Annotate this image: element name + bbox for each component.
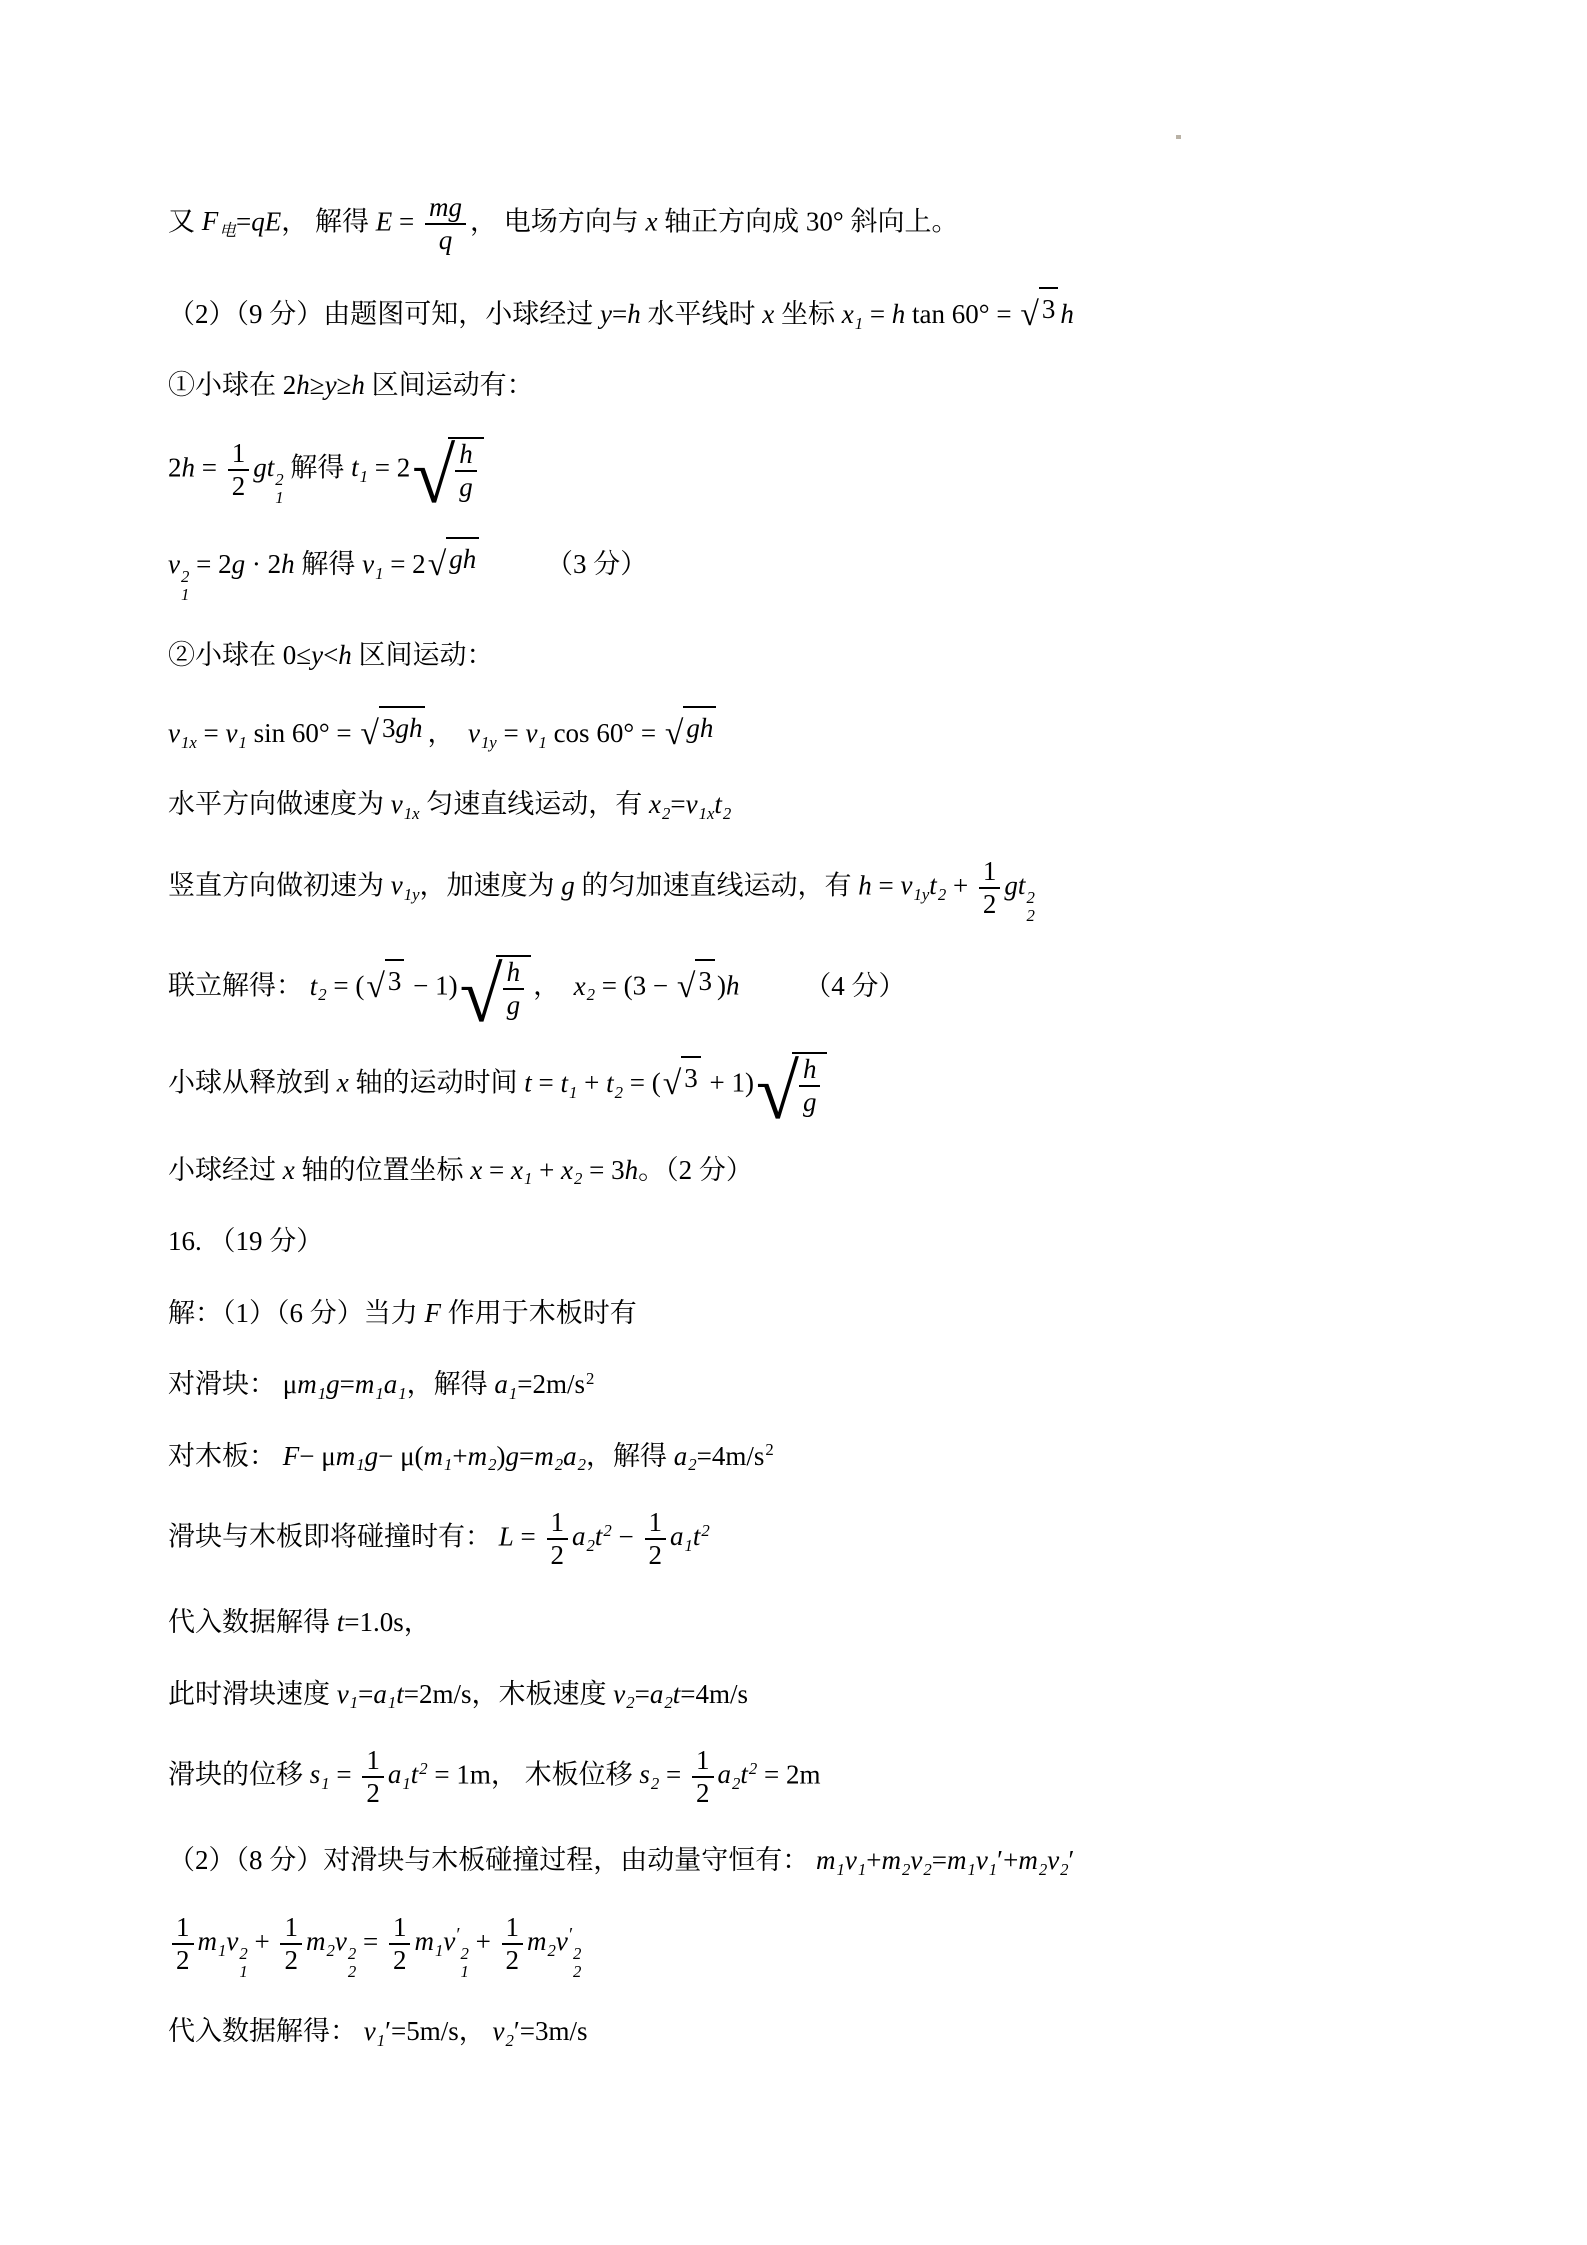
math-var: x	[645, 206, 657, 236]
text-run: =2m/s	[517, 1369, 585, 1399]
math-var: v′21	[443, 1926, 469, 1956]
text-run: +	[946, 870, 975, 900]
text-run: 1	[649, 1507, 663, 1537]
radical: √gh	[665, 706, 717, 749]
radical-sign: √	[663, 1067, 682, 1101]
text-run: =2m/s，木板速度	[404, 1679, 614, 1709]
math-var: h	[726, 971, 740, 1001]
radical: √3	[677, 959, 715, 1002]
fraction-numerator: 1	[362, 1745, 384, 1778]
superscript: 2	[1026, 889, 1034, 907]
text-run: +	[532, 1155, 561, 1185]
line-final-position: 小球经过 x 轴的位置坐标 x = x1 + x2 = 3h。（2 分）	[168, 1150, 1448, 1191]
subscript: 2	[506, 2031, 514, 2050]
text-run: − 1)	[406, 971, 457, 1001]
fraction-denominator: 2	[979, 889, 1001, 920]
text-run: 水平线时	[641, 299, 763, 329]
math-var: m2	[1018, 1845, 1047, 1875]
math-var: x1	[511, 1155, 532, 1185]
math-var: g	[326, 1369, 340, 1399]
line-displacements: 滑块的位移 s1 = 12a1t2 = 1m， 木板位移 s2 = 12a2t2…	[168, 1745, 1448, 1809]
math-var: h	[627, 299, 641, 329]
radical-sign: √	[1020, 298, 1039, 332]
math-var: s2	[639, 1759, 659, 1789]
text-run: +	[577, 1068, 606, 1098]
fraction-denominator: g	[455, 472, 477, 503]
math-var: v1y	[901, 870, 930, 900]
text-run: 。（2 分）	[638, 1155, 753, 1185]
text-run: =1.0s，	[344, 1607, 430, 1637]
subscript: 2	[688, 1455, 696, 1474]
text-run: =	[932, 1845, 947, 1875]
fraction-numerator: h	[799, 1054, 821, 1087]
fraction: hg	[455, 439, 477, 503]
subscript: 1	[318, 1384, 326, 1403]
line-region2-intro: ②小球在 0≤y<h 区间运动：	[168, 635, 1448, 676]
subscript: 1	[181, 586, 189, 604]
math-var: t2	[411, 1759, 428, 1789]
subscript: 2	[615, 1083, 623, 1102]
math-var: m2	[881, 1845, 910, 1875]
text-run: 对滑块：	[168, 1369, 283, 1399]
math-var: g	[506, 1441, 520, 1471]
math-var: y	[600, 299, 612, 329]
fraction-denominator: 2	[645, 1540, 667, 1571]
math-var: x2	[574, 971, 595, 1001]
line-energy-conservation: 12m1v21 + 12m2v22 = 12m1v′21 + 12m2v′22	[168, 1912, 1448, 1981]
fraction-numerator: 1	[979, 856, 1001, 889]
subscript: 1	[350, 1693, 358, 1712]
text-run: =	[197, 718, 226, 748]
math-var: x2	[649, 789, 670, 819]
subscript: 2	[348, 1963, 356, 1981]
math-var: x	[470, 1155, 482, 1185]
text-run: （2）（9 分）由题图可知，小球经过	[168, 299, 600, 329]
line-eq-t1: 2h = 12gt21 解得 t1 = 2√hg	[168, 437, 1448, 507]
math-var: m2	[468, 1441, 497, 1471]
stray-mark	[1176, 135, 1181, 139]
math-var: m1	[355, 1369, 384, 1399]
math-var: v1	[226, 718, 247, 748]
text-run: )	[717, 971, 726, 1001]
text-run: ′	[1069, 1845, 1075, 1875]
math-var: x	[337, 1068, 349, 1098]
radical: √3gh	[360, 706, 425, 749]
math-var: h	[892, 299, 906, 329]
text-run: 小球经过	[168, 1155, 283, 1185]
math-var: E	[376, 206, 393, 236]
subscript: 2	[573, 1963, 581, 1981]
math-var: h	[459, 439, 473, 469]
text-run: ， 解得	[281, 206, 376, 236]
math-var: g	[1004, 870, 1018, 900]
math-var: t2	[929, 870, 946, 900]
subscript: 2	[923, 1860, 931, 1879]
text-run: 代入数据解得：	[168, 2016, 364, 2046]
text-run: = 2m	[757, 1759, 820, 1789]
math-var: gh	[395, 713, 422, 743]
text-run: =	[670, 789, 685, 819]
math-var: h	[858, 870, 872, 900]
math-var: a2	[718, 1759, 741, 1789]
subscript: 2	[664, 1693, 672, 1712]
radical-sign: √	[360, 717, 379, 751]
math-var: x2	[561, 1155, 582, 1185]
subscript: 2	[1060, 1860, 1068, 1879]
superscript: 2	[239, 1945, 247, 1963]
subscript: 2	[938, 885, 946, 904]
superscript: 2	[603, 1521, 611, 1540]
fraction: 12	[280, 1912, 302, 1976]
math-var: v21	[168, 549, 189, 579]
fraction: 12	[228, 438, 250, 502]
fraction: mgq	[425, 192, 466, 256]
radical: √3	[1020, 287, 1058, 330]
math-var: t21	[267, 452, 284, 482]
math-var: F电	[202, 206, 236, 236]
line-momentum-conservation: （2）（8 分）对滑块与木板碰撞过程，由动量守恒有： m1v1+m2v2=m1v…	[168, 1840, 1448, 1881]
text-run: 3	[684, 1063, 698, 1093]
math-var: h	[281, 549, 295, 579]
math-var: a1	[373, 1679, 396, 1709]
math-var: v2	[613, 1679, 634, 1709]
fraction-denominator: g	[799, 1087, 821, 1118]
subscript: 1	[239, 1963, 247, 1981]
fraction-denominator: 2	[228, 471, 250, 502]
superscript: 2	[275, 471, 283, 489]
fraction-denominator: 2	[172, 1945, 194, 1976]
text-run: =	[514, 1521, 543, 1551]
fraction: 12	[172, 1912, 194, 1976]
math-var: g	[253, 452, 267, 482]
text-run: 解得	[284, 452, 352, 482]
text-run: =	[635, 1679, 650, 1709]
radical: √hg	[460, 955, 531, 1021]
math-var: h	[296, 370, 310, 400]
subsup-stack: 21	[460, 1945, 468, 1980]
line-board-equation: 对木板： F− μm1g− μ(m1+m2)g=m2a2，解得 a2=4m/s2	[168, 1436, 1448, 1477]
text-run: =	[863, 299, 892, 329]
math-var: g	[365, 1441, 379, 1471]
subscript: 2	[548, 1941, 556, 1960]
line-eq-v1x-v1y: v1x = v1 sin 60° = √3gh， v1y = v1 cos 60…	[168, 706, 1448, 753]
subsup-stack: 21	[275, 471, 283, 506]
math-var: x	[283, 1155, 295, 1185]
text-run: 1	[983, 856, 997, 886]
subscript: 1	[388, 1693, 396, 1712]
superscript: 2	[573, 1945, 581, 1963]
text-run: 水平方向做速度为	[168, 789, 391, 819]
math-var: a1	[494, 1369, 517, 1399]
text-run: = (	[623, 1068, 661, 1098]
subscript: 2	[578, 1455, 586, 1474]
math-var: h	[338, 640, 352, 670]
radical-sign: √	[412, 445, 455, 508]
subscript: 1	[538, 733, 546, 752]
text-run: 解：（1）（6 分）当力	[168, 1298, 425, 1328]
text-run: = 2	[368, 452, 410, 482]
text-run: +	[452, 1441, 467, 1471]
math-var: v2	[1047, 1845, 1068, 1875]
subscript: 2	[488, 1455, 496, 1474]
subscript: 2	[1039, 1860, 1047, 1879]
radicand: 3	[695, 959, 715, 1002]
text-run: · 2	[245, 549, 281, 579]
math-var: h	[803, 1054, 817, 1084]
text-run: =	[358, 1679, 373, 1709]
text-run: 又	[168, 206, 202, 236]
fraction-numerator: mg	[425, 192, 466, 225]
text-run: 解得	[295, 549, 363, 579]
math-var: v′22	[556, 1926, 582, 1956]
text-run: ， 电场方向与	[470, 206, 646, 236]
text-run: = 2	[383, 549, 425, 579]
text-run: μ	[283, 1369, 297, 1399]
text-run: = 3	[582, 1155, 624, 1185]
text-run: 2	[506, 1945, 520, 1975]
math-var: v1	[362, 549, 383, 579]
text-run: 的匀加速直线运动，有	[575, 870, 859, 900]
math-var: s1	[310, 1759, 330, 1789]
text-run: 1	[506, 1912, 520, 1942]
text-run: 作用于木板时有	[441, 1298, 637, 1328]
radical: √hg	[756, 1052, 827, 1118]
math-var: a2	[563, 1441, 586, 1471]
text-run: + 1)	[703, 1068, 754, 1098]
radical-sign: √	[366, 970, 385, 1004]
math-var: y	[325, 370, 337, 400]
text-run: = (	[327, 971, 365, 1001]
subscript: 2	[723, 804, 731, 823]
math-var: m2	[527, 1926, 556, 1956]
text-run: 2	[232, 471, 246, 501]
text-run: = 2	[189, 549, 231, 579]
math-var: a2	[572, 1521, 595, 1551]
text-run: （2）（8 分）对滑块与木板碰撞过程，由动量守恒有：	[168, 1845, 816, 1875]
text-run: +	[866, 1845, 881, 1875]
fraction: 12	[547, 1507, 569, 1571]
math-var: t2	[595, 1521, 612, 1551]
text-run: ≥	[310, 370, 325, 400]
text-run: 区间运动有：	[365, 370, 534, 400]
text-run: 2	[176, 1945, 190, 1975]
math-var: m1	[816, 1845, 845, 1875]
superscript: 2	[348, 1945, 356, 1963]
math-var: v1y	[391, 870, 420, 900]
subscript: 2	[626, 1693, 634, 1712]
text-run: )	[497, 1441, 506, 1471]
math-var: v1x	[168, 718, 197, 748]
subscript: 电	[219, 221, 236, 240]
subscript: 1	[855, 314, 863, 333]
text-run: =	[659, 1759, 688, 1789]
math-var: h	[625, 1155, 639, 1185]
fraction-numerator: 1	[547, 1507, 569, 1540]
text-run: ，加速度为	[420, 870, 562, 900]
line-q16-header: 16. （19 分）	[168, 1221, 1448, 1262]
subsup-stack: 22	[573, 1945, 581, 1980]
text-run: ′+	[997, 1845, 1018, 1875]
text-run: 坐标	[774, 299, 842, 329]
text-run: =4m/s	[697, 1441, 765, 1471]
radical-sign: √	[428, 548, 447, 582]
line-vertical-motion: 竖直方向做初速为 v1y，加速度为 g 的匀加速直线运动，有 h = v1yt2…	[168, 856, 1448, 925]
superscript: 2	[419, 1759, 427, 1778]
line-final-velocities: 代入数据解得： v1′=5m/s， v2′=3m/s	[168, 2011, 1448, 2052]
radicand: gh	[446, 537, 479, 580]
subscript: 2	[651, 1774, 659, 1793]
math-var: m1	[947, 1845, 976, 1875]
text-run: <	[323, 640, 338, 670]
math-var: E	[265, 206, 282, 236]
math-var: t	[524, 1068, 532, 1098]
text-run: ，	[533, 971, 574, 1001]
text-run: 2	[983, 889, 997, 919]
fraction-denominator: g	[503, 990, 525, 1021]
radicand: gh	[683, 706, 716, 749]
text-run: +	[248, 1926, 277, 1956]
fraction: 12	[502, 1912, 524, 1976]
fraction-numerator: 1	[172, 1912, 194, 1945]
line-collision-condition: 滑块与木板即将碰撞时有： L = 12a2t2 − 12a1t2	[168, 1507, 1448, 1571]
subscript: 2	[555, 1455, 563, 1474]
text-run: 轴正方向成 30° 斜向上。	[657, 206, 958, 236]
text-run: 1	[551, 1507, 565, 1537]
text-run: ′=3m/s	[514, 2016, 588, 2046]
radical: √gh	[428, 537, 480, 580]
subscript: 1	[509, 1384, 517, 1403]
document-body: 又 F电=qE， 解得 E = mgq， 电场方向与 x 轴正方向成 30° 斜…	[168, 192, 1448, 2083]
math-var: a1	[670, 1521, 693, 1551]
text-run: 2	[696, 1778, 710, 1808]
line-electric-field: 又 F电=qE， 解得 E = mgq， 电场方向与 x 轴正方向成 30° 斜…	[168, 192, 1448, 256]
line-solve-time: 代入数据解得 t=1.0s，	[168, 1602, 1448, 1643]
score-note: （3 分）	[546, 549, 647, 579]
line-part2-intro: （2）（9 分）由题图可知，小球经过 y=h 水平线时 x 坐标 x1 = h …	[168, 287, 1448, 334]
text-run: =	[340, 1369, 355, 1399]
line-velocities: 此时滑块速度 v1=a1t=2m/s，木板速度 v2=a2t=4m/s	[168, 1674, 1448, 1715]
text-run: 匀速直线运动，有	[420, 789, 650, 819]
math-var: h	[1060, 299, 1074, 329]
fraction-denominator: 2	[389, 1945, 411, 1976]
text-run: ①小球在 2	[168, 370, 296, 400]
math-var: a1	[384, 1369, 407, 1399]
text-run: −	[299, 1441, 321, 1471]
math-var: t2	[310, 971, 327, 1001]
subscript: 1	[402, 1774, 410, 1793]
text-run: −	[612, 1521, 641, 1551]
prime-mark: ′	[568, 1925, 572, 1946]
text-run: =4m/s	[680, 1679, 748, 1709]
math-var: h	[182, 452, 196, 482]
math-var: t2	[606, 1068, 623, 1098]
math-var: m2	[534, 1441, 563, 1471]
subsup-stack: 22	[348, 1945, 356, 1980]
subscript: 2	[587, 985, 595, 1004]
fraction-numerator: 1	[280, 1912, 302, 1945]
radicand: 3gh	[379, 706, 426, 749]
fraction: 12	[692, 1745, 714, 1809]
text-run: =	[497, 718, 526, 748]
math-var: m1	[336, 1441, 365, 1471]
subscript: 2	[318, 985, 326, 1004]
text-run: 1	[176, 1912, 190, 1942]
math-var: gh	[686, 713, 713, 743]
text-run: cos 60° =	[547, 718, 663, 748]
subscript: 2	[587, 1536, 595, 1555]
radicand: 3	[1039, 287, 1059, 330]
subscript: 1x	[181, 733, 197, 752]
text-run: =	[392, 206, 421, 236]
text-run: 1	[366, 1745, 380, 1775]
subscript: 1	[398, 1384, 406, 1403]
fraction-numerator: 1	[645, 1507, 667, 1540]
prime-mark: ′	[455, 1925, 459, 1946]
text-run: 2	[168, 452, 182, 482]
line-region1-intro: ①小球在 2h≥y≥h 区间运动有：	[168, 365, 1448, 406]
math-var: mg	[429, 192, 462, 222]
text-run: ≥	[337, 370, 352, 400]
text-run: 2	[284, 1945, 298, 1975]
math-var: m1	[424, 1441, 453, 1471]
subscript: 2	[326, 1941, 334, 1960]
subsup-stack: 21	[239, 1945, 247, 1980]
math-var: x	[762, 299, 774, 329]
math-var: t1	[351, 452, 368, 482]
math-var: v1x	[686, 789, 715, 819]
fraction-denominator: 2	[692, 1778, 714, 1809]
text-run: 代入数据解得	[168, 1607, 337, 1637]
text-run: μ	[321, 1441, 335, 1471]
text-run: 16. （19 分）	[168, 1226, 323, 1256]
text-run: 2	[551, 1540, 565, 1570]
math-var: q	[439, 225, 453, 255]
fraction-denominator: 2	[502, 1945, 524, 1976]
text-run: =	[195, 452, 224, 482]
text-run: sin 60° =	[247, 718, 359, 748]
line-horizontal-motion: 水平方向做速度为 v1x 匀速直线运动，有 x2=v1xt2	[168, 784, 1448, 825]
radicand: 3	[681, 1056, 701, 1099]
text-run: 2	[764, 1441, 773, 1471]
subscript: 1y	[914, 885, 930, 904]
line-slider-equation: 对滑块： μm1g=m1a1，解得 a1=2m/s2	[168, 1364, 1448, 1405]
math-var: t2	[740, 1759, 757, 1789]
subscript: 1	[989, 1860, 997, 1879]
text-run: μ(	[400, 1441, 423, 1471]
text-run: 小球从释放到	[168, 1068, 337, 1098]
math-var: t	[396, 1679, 404, 1709]
fraction: 12	[979, 856, 1001, 920]
text-run: ②小球在 0≤	[168, 640, 311, 670]
text-run: −	[378, 1441, 400, 1471]
fraction-denominator: 2	[362, 1778, 384, 1809]
math-var: y	[311, 640, 323, 670]
radical-sign: √	[665, 717, 684, 751]
text-run: 3	[1042, 294, 1056, 324]
fraction: 12	[362, 1745, 384, 1809]
text-run: 3	[382, 713, 396, 743]
radical-sign: √	[460, 964, 503, 1027]
text-run: 2	[366, 1778, 380, 1808]
text-run: = (3 −	[595, 971, 675, 1001]
math-var: a2	[650, 1679, 673, 1709]
subscript: 1y	[481, 733, 497, 752]
text-run: 滑块的位移	[168, 1759, 310, 1789]
math-var: gh	[449, 544, 476, 574]
superscript: 2	[460, 1945, 468, 1963]
subscript: 1	[356, 1455, 364, 1474]
text-run: =	[612, 299, 627, 329]
